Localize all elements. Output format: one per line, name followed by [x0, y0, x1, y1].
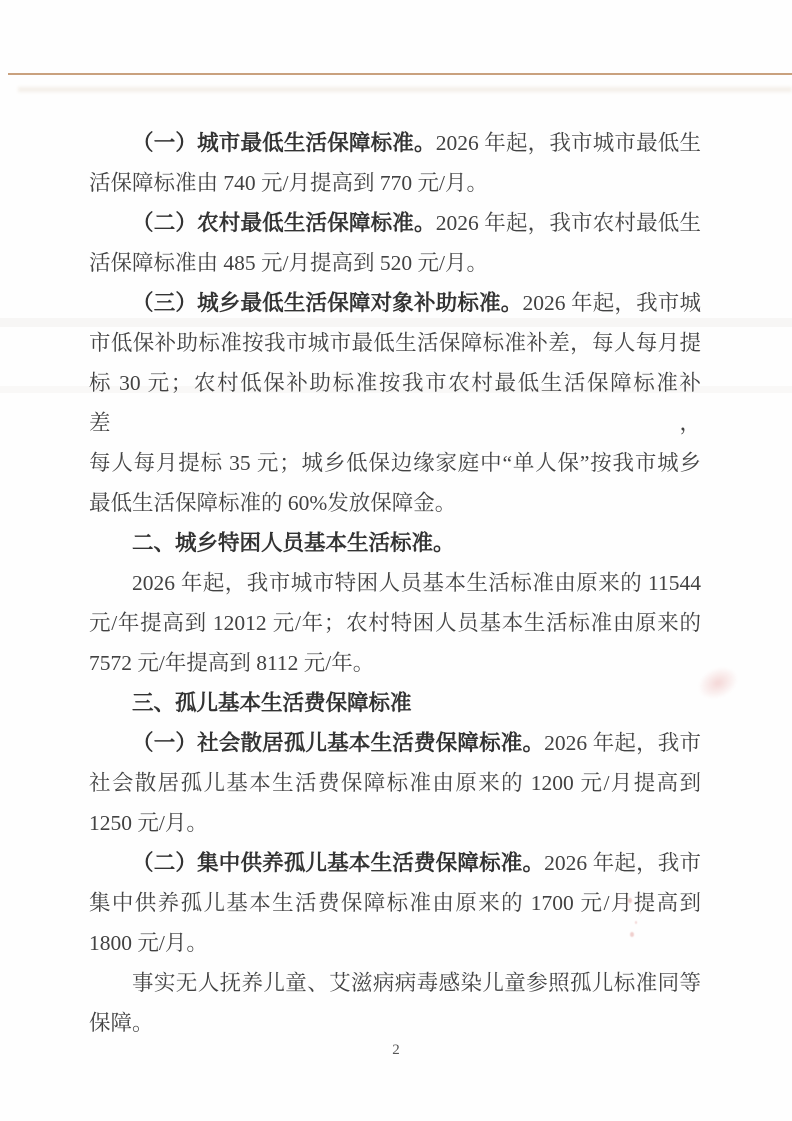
bold-run-in-text: （一）城市最低生活保障标准。: [132, 131, 436, 155]
bold-run-in-text: （一）社会散居孤儿基本生活费保障标准。: [132, 731, 544, 755]
text-line: 活保障标准由 740 元/月提高到 770 元/月。: [89, 163, 701, 203]
body-text: 最低生活保障标准的 60%发放保障金。: [89, 491, 456, 515]
body-text: 元/年提高到 12012 元/年；农村特困人员基本生活标准由原来的: [89, 611, 701, 635]
section-heading-line: 二、城乡特困人员基本生活标准。: [89, 523, 701, 563]
text-line: （三）城乡最低生活保障对象补助标准。2026 年起，我市城: [89, 283, 701, 323]
text-line: 1250 元/月。: [89, 803, 701, 843]
text-line: 每人每月提标 35 元；城乡低保边缘家庭中“单人保”按我市城乡: [89, 443, 701, 483]
body-text: 2026 年起，我市城: [522, 291, 701, 315]
body-text: 2026 年起，我市: [544, 731, 701, 755]
text-line: 事实无人抚养儿童、艾滋病病毒感染儿童参照孤儿标准同等: [89, 963, 701, 1003]
page-number: 2: [0, 1042, 792, 1059]
body-text: 7572 元/年提高到 8112 元/年。: [89, 651, 374, 675]
document-body: （一）城市最低生活保障标准。2026 年起，我市城市最低生活保障标准由 740 …: [89, 123, 701, 1043]
body-text: 每人每月提标 35 元；城乡低保边缘家庭中“单人保”按我市城乡: [89, 451, 701, 475]
body-text: 1250 元/月。: [89, 811, 208, 835]
text-line: 最低生活保障标准的 60%发放保障金。: [89, 483, 701, 523]
body-text: 1800 元/月。: [89, 931, 208, 955]
body-text: 集中供养孤儿基本生活费保障标准由原来的 1700 元/月提高到: [89, 891, 701, 915]
body-text: 2026 年起，我市: [544, 851, 701, 875]
body-text: 2026 年起，我市农村最低生: [436, 211, 701, 235]
body-text: 活保障标准由 485 元/月提高到 520 元/月。: [89, 251, 488, 275]
bold-run-in-text: （二）农村最低生活保障标准。: [132, 211, 436, 235]
top-horizontal-rule: [8, 73, 792, 75]
text-line: （二）农村最低生活保障标准。2026 年起，我市农村最低生: [89, 203, 701, 243]
bold-run-in-text: （三）城乡最低生活保障对象补助标准。: [132, 291, 522, 315]
body-text: 活保障标准由 740 元/月提高到 770 元/月。: [89, 171, 488, 195]
bold-run-in-text: 二、城乡特困人员基本生活标准。: [132, 531, 455, 555]
text-line: 7572 元/年提高到 8112 元/年。: [89, 643, 701, 683]
document-page: （一）城市最低生活保障标准。2026 年起，我市城市最低生活保障标准由 740 …: [0, 0, 792, 1121]
body-text: 标 30 元；农村低保补助标准按我市农村最低生活保障标准补差，: [89, 371, 701, 435]
text-line: 标 30 元；农村低保补助标准按我市农村最低生活保障标准补差，: [89, 363, 701, 443]
text-line: 社会散居孤儿基本生活费保障标准由原来的 1200 元/月提高到: [89, 763, 701, 803]
top-rule-scan-shadow: [18, 87, 792, 92]
text-line: 1800 元/月。: [89, 923, 701, 963]
text-line: 活保障标准由 485 元/月提高到 520 元/月。: [89, 243, 701, 283]
body-text: 市低保补助标准按我市城市最低生活保障标准补差，每人每月提: [89, 331, 701, 355]
body-text: 2026 年起，我市城市最低生: [436, 131, 701, 155]
text-line: 元/年提高到 12012 元/年；农村特困人员基本生活标准由原来的: [89, 603, 701, 643]
body-text: 保障。: [89, 1011, 154, 1035]
text-line: （二）集中供养孤儿基本生活费保障标准。2026 年起，我市: [89, 843, 701, 883]
text-line: （一）城市最低生活保障标准。2026 年起，我市城市最低生: [89, 123, 701, 163]
text-line: 集中供养孤儿基本生活费保障标准由原来的 1700 元/月提高到: [89, 883, 701, 923]
text-line: （一）社会散居孤儿基本生活费保障标准。2026 年起，我市: [89, 723, 701, 763]
bold-run-in-text: 三、孤儿基本生活费保障标准: [132, 691, 412, 715]
body-text: 事实无人抚养儿童、艾滋病病毒感染儿童参照孤儿标准同等: [132, 971, 701, 995]
text-line: 市低保补助标准按我市城市最低生活保障标准补差，每人每月提: [89, 323, 701, 363]
text-line: 2026 年起，我市城市特困人员基本生活标准由原来的 11544: [89, 563, 701, 603]
bold-run-in-text: （二）集中供养孤儿基本生活费保障标准。: [132, 851, 544, 875]
body-text: 2026 年起，我市城市特困人员基本生活标准由原来的 11544: [132, 571, 701, 595]
text-line: 保障。: [89, 1003, 701, 1043]
body-text: 社会散居孤儿基本生活费保障标准由原来的 1200 元/月提高到: [89, 771, 701, 795]
section-heading-line: 三、孤儿基本生活费保障标准: [89, 683, 701, 723]
